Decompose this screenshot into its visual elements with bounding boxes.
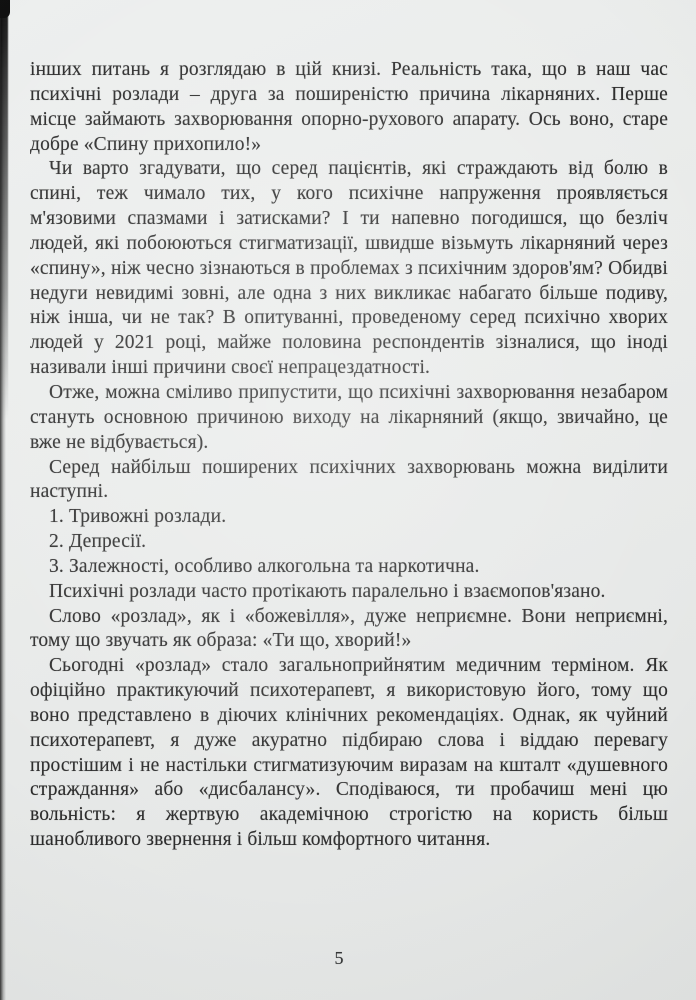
page-number: 5: [30, 948, 648, 969]
paragraph: Слово «розлад», як і «божевілля», дуже н…: [30, 605, 668, 655]
paragraph: 3. Залежності, особливо алкогольна та на…: [30, 555, 668, 580]
book-page-photo: інших питань я розглядаю в цій книзі. Ре…: [0, 0, 696, 1000]
paragraph: Отже, можна сміливо припустити, що психі…: [30, 381, 668, 456]
paragraph: 1. Тривожні розлади.: [30, 505, 668, 530]
paragraph: Чи варто згадувати, що серед пацієнтів, …: [30, 157, 668, 381]
page-text-block: інших питань я розглядаю в цій книзі. Ре…: [30, 58, 668, 853]
paragraph: інших питань я розглядаю в цій книзі. Ре…: [30, 58, 668, 157]
paragraph: Психічні розлади часто протікають парале…: [30, 580, 668, 605]
paragraph: 2. Депресії.: [30, 530, 668, 555]
photo-corner-artifact: [0, 0, 10, 18]
paragraph: Серед найбільш поширених психічних захво…: [30, 456, 668, 506]
paragraph: Сьогодні «розлад» стало загальноприйняти…: [30, 654, 668, 853]
page-left-edge-shadow-upper: [0, 0, 8, 420]
